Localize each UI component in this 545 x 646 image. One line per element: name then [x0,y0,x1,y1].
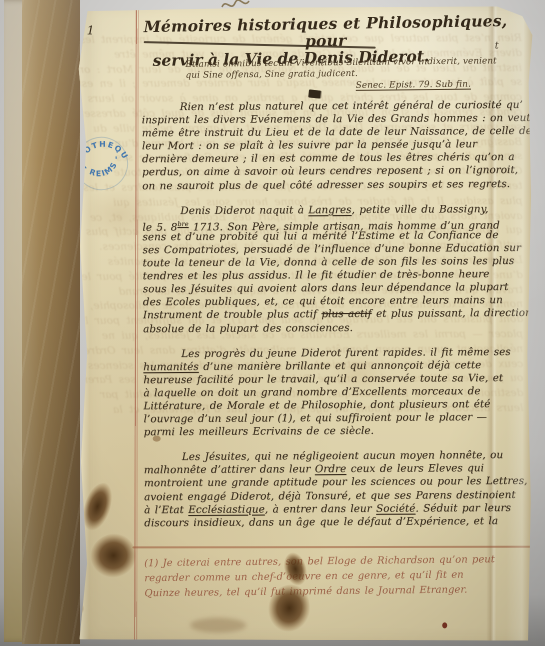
manuscript-line: parmi les meilleurs Ecrivains de ce sièc… [144,424,528,439]
epigraph: Etiamsi omnibus tecum Viventibus Silenti… [185,56,497,93]
manuscript-line: absolue de la plupart des consciences. [143,320,527,335]
manuscript-paragraph: Les progrès du jeune Diderot furent rapi… [143,346,528,440]
manuscript-paragraph: Les Jésuites, qui ne négligeoient aucun … [144,449,528,530]
manuscript-body: Rien n’est plus naturel que cet intérêt … [142,99,529,542]
photo-background: Rien n’est plus naturel que cet intérêt … [0,0,545,646]
ink-smudge [190,618,246,633]
manuscript-paragraph: Rien n’est plus naturel que cet intérêt … [142,99,527,193]
ink-blot-square [308,89,321,98]
manuscript-paragraph: Denis Diderot naquit à Langres, petite v… [142,203,527,336]
footnote: (1) Je citerai entre autres, son bel Elo… [144,552,524,601]
manuscript-line: Instrument de trouble plus actif plus ac… [143,307,527,322]
ink-dot [442,622,447,628]
manuscript-line: on ne sauroit plus de quel côté adresser… [142,177,526,192]
book-cover-edge [22,0,80,644]
ink-fleck [153,436,161,442]
epigraph-attribution: Senec. Epist. 79. Sub fin. [356,79,497,91]
manuscript-page: Rien n’est plus naturel que cet intérêt … [72,5,534,640]
page-number: 1 [87,23,95,37]
manuscript-line: discours insidieux, dans un âge que le d… [144,515,528,530]
